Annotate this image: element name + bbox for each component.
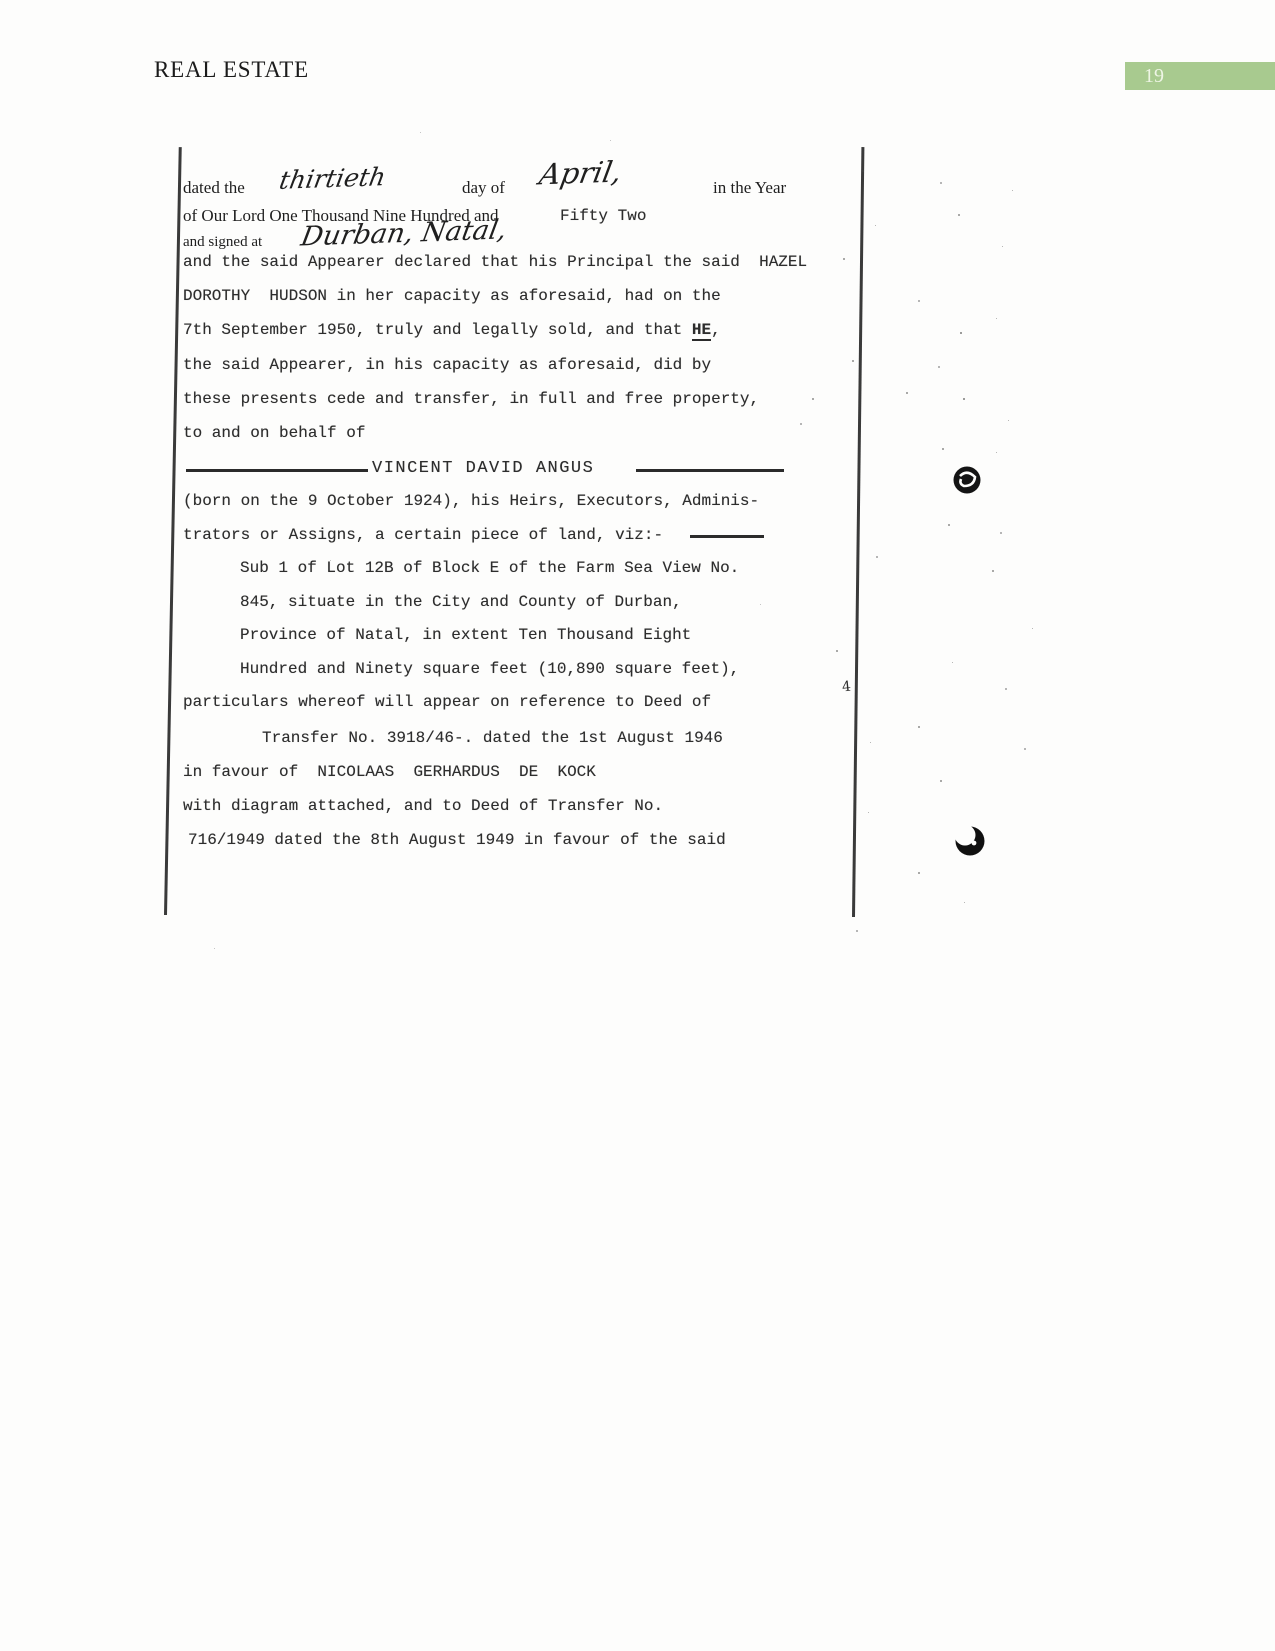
- form-label-in-the-year: in the Year: [713, 178, 786, 198]
- body-line-cede: these presents cede and transfer, in ful…: [183, 390, 759, 408]
- swirl-ink-blot-icon: [950, 463, 984, 497]
- speck-dot: [938, 366, 940, 368]
- scan-border-right-line: [852, 147, 864, 917]
- body-line-diagram: with diagram attached, and to Deed of Tr…: [183, 797, 663, 815]
- handwritten-month: April,: [537, 155, 625, 192]
- speck-dot: [875, 225, 876, 226]
- speck-dot: [610, 140, 611, 141]
- body-line-appearer-2: DOROTHY HUDSON in her capacity as afores…: [183, 287, 721, 305]
- scan-border-left-line: [164, 147, 182, 915]
- speck-dot: [906, 392, 908, 394]
- speck-dot: [940, 780, 942, 782]
- body-line-favour: in favour of NICOLAAS GERHARDUS DE KOCK: [183, 763, 596, 781]
- speck-dot: [214, 948, 215, 949]
- handwritten-day: thirtieth: [277, 162, 388, 195]
- speck-dot: [1032, 628, 1033, 629]
- body-line-sold: 7th September 1950, truly and legally so…: [183, 321, 721, 339]
- property-line-4: Hundred and Ninety square feet (10,890 s…: [240, 660, 739, 678]
- margin-mark: 4: [841, 679, 852, 696]
- form-label-day-of: day of: [462, 178, 505, 198]
- speck-dot: [868, 812, 869, 813]
- body-line-716: 716/1949 dated the 8th August 1949 in fa…: [188, 831, 726, 849]
- sold-line-emphasis: HE: [692, 321, 711, 341]
- form-label-signed-at: and signed at: [183, 234, 262, 251]
- speck-dot: [964, 902, 965, 903]
- speck-dot: [948, 524, 950, 526]
- speck-dot: [952, 662, 953, 663]
- page-title: REAL ESTATE: [154, 57, 309, 83]
- dash-rule-viz: [690, 535, 764, 538]
- form-label-dated-the: dated the: [183, 178, 245, 198]
- body-line-capacity: the said Appearer, in his capacity as af…: [183, 356, 711, 374]
- speck-dot: [1008, 420, 1009, 421]
- form-year-typed: Fifty Two: [560, 207, 646, 225]
- speck-dot: [992, 570, 994, 572]
- speck-dot: [420, 132, 421, 133]
- speck-dot: [870, 742, 871, 743]
- speck-dot: [1002, 246, 1003, 247]
- property-line-3: Province of Natal, in extent Ten Thousan…: [240, 626, 691, 644]
- dash-rule-right: [636, 469, 784, 472]
- speck-dot: [843, 258, 845, 260]
- speck-dot: [1024, 748, 1026, 750]
- speck-dot: [940, 182, 942, 184]
- speck-dot: [876, 556, 878, 558]
- property-line-1: Sub 1 of Lot 12B of Block E of the Farm …: [240, 559, 739, 577]
- crescent-ink-blot-icon: [951, 822, 991, 860]
- speck-dot: [942, 448, 944, 450]
- sold-line-text: 7th September 1950, truly and legally so…: [183, 321, 692, 339]
- speck-dot: [800, 423, 802, 425]
- speck-dot: [330, 560, 331, 561]
- body-line-born: (born on the 9 October 1924), his Heirs,…: [183, 492, 759, 510]
- speck-dot: [996, 452, 997, 453]
- speck-dot: [760, 604, 761, 605]
- speck-dot: [862, 170, 864, 172]
- body-line-transfer-no: Transfer No. 3918/46-. dated the 1st Aug…: [262, 729, 723, 747]
- speck-dot: [856, 930, 858, 932]
- body-line-particulars: particulars whereof will appear on refer…: [183, 693, 711, 711]
- speck-dot: [852, 360, 854, 362]
- page-number: 19: [1144, 65, 1164, 87]
- transferee-name: VINCENT DAVID ANGUS: [372, 459, 594, 478]
- speck-dot: [1012, 190, 1013, 191]
- speck-dot: [1005, 688, 1007, 690]
- speck-dot: [918, 726, 920, 728]
- page: REAL ESTATE 19 dated the thirtieth day o…: [0, 0, 1275, 1651]
- speck-dot: [812, 398, 814, 400]
- sold-line-comma: ,: [711, 321, 721, 339]
- body-line-appearer-1: and the said Appearer declared that his …: [183, 253, 807, 271]
- speck-dot: [1000, 532, 1002, 534]
- dash-rule-left: [186, 469, 368, 472]
- speck-dot: [918, 872, 920, 874]
- speck-dot: [996, 318, 997, 319]
- speck-dot: [836, 650, 838, 652]
- property-line-2: 845, situate in the City and County of D…: [240, 593, 682, 611]
- speck-dot: [918, 300, 920, 302]
- speck-dot: [958, 214, 960, 216]
- speck-dot: [963, 398, 965, 400]
- body-line-viz: trators or Assigns, a certain piece of l…: [183, 526, 663, 544]
- page-number-badge: 19: [1125, 62, 1275, 90]
- handwritten-place: Durban, Natal,: [299, 214, 510, 252]
- speck-dot: [960, 332, 962, 334]
- body-line-behalf: to and on behalf of: [183, 424, 365, 442]
